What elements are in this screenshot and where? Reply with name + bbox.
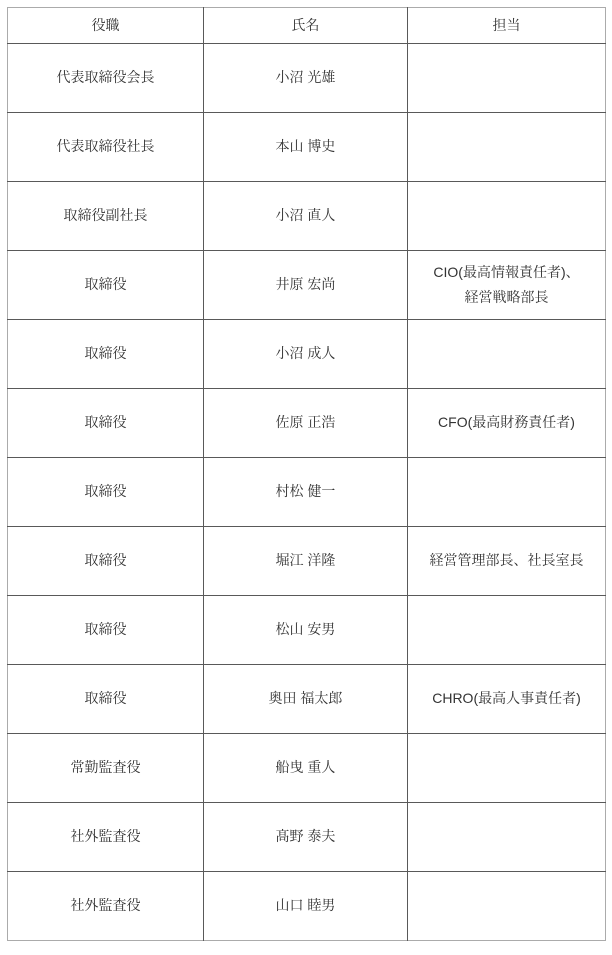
cell-name: 山口 睦男 [204,872,408,941]
table-body: 代表取締役会長小沼 光雄代表取締役社長本山 博史取締役副社長小沼 直人取締役井原… [8,44,606,941]
cell-position: 社外監査役 [8,872,204,941]
cell-name: 小沼 成人 [204,320,408,389]
table-row: 取締役奥田 福太郎CHRO(最高人事責任者) [8,665,606,734]
table-row: 社外監査役髙野 泰夫 [8,803,606,872]
cell-position: 社外監査役 [8,803,204,872]
cell-assignment: CIO(最高情報責任者)、 経営戦略部長 [408,251,606,320]
cell-name: 奥田 福太郎 [204,665,408,734]
cell-position: 常勤監査役 [8,734,204,803]
cell-position: 代表取締役社長 [8,113,204,182]
table-row: 取締役村松 健一 [8,458,606,527]
column-header-position: 役職 [8,8,204,44]
table-row: 取締役井原 宏尚CIO(最高情報責任者)、 経営戦略部長 [8,251,606,320]
table-row: 取締役松山 安男 [8,596,606,665]
cell-name: 本山 博史 [204,113,408,182]
table-row: 代表取締役社長本山 博史 [8,113,606,182]
cell-position: 取締役 [8,665,204,734]
cell-assignment: 経営管理部長、社長室長 [408,527,606,596]
cell-name: 堀江 洋隆 [204,527,408,596]
cell-assignment [408,44,606,113]
cell-assignment [408,320,606,389]
column-header-name: 氏名 [204,8,408,44]
column-header-assignment: 担当 [408,8,606,44]
table-row: 取締役小沼 成人 [8,320,606,389]
table-row: 取締役堀江 洋隆経営管理部長、社長室長 [8,527,606,596]
cell-name: 小沼 直人 [204,182,408,251]
cell-name: 髙野 泰夫 [204,803,408,872]
cell-name: 小沼 光雄 [204,44,408,113]
cell-name: 船曳 重人 [204,734,408,803]
cell-name: 村松 健一 [204,458,408,527]
officers-table: 役職氏名担当 代表取締役会長小沼 光雄代表取締役社長本山 博史取締役副社長小沼 … [7,7,606,941]
table-header-row: 役職氏名担当 [8,8,606,44]
cell-name: 松山 安男 [204,596,408,665]
cell-position: 取締役副社長 [8,182,204,251]
table-row: 常勤監査役船曳 重人 [8,734,606,803]
table-row: 代表取締役会長小沼 光雄 [8,44,606,113]
table-row: 取締役佐原 正浩CFO(最高財務責任者) [8,389,606,458]
table-row: 社外監査役山口 睦男 [8,872,606,941]
cell-position: 代表取締役会長 [8,44,204,113]
cell-assignment [408,596,606,665]
cell-name: 井原 宏尚 [204,251,408,320]
cell-position: 取締役 [8,389,204,458]
cell-position: 取締役 [8,527,204,596]
cell-name: 佐原 正浩 [204,389,408,458]
cell-assignment [408,182,606,251]
cell-assignment [408,113,606,182]
cell-assignment [408,872,606,941]
cell-position: 取締役 [8,596,204,665]
cell-position: 取締役 [8,251,204,320]
cell-assignment [408,803,606,872]
cell-position: 取締役 [8,320,204,389]
cell-position: 取締役 [8,458,204,527]
table-row: 取締役副社長小沼 直人 [8,182,606,251]
cell-assignment: CHRO(最高人事責任者) [408,665,606,734]
cell-assignment [408,734,606,803]
cell-assignment: CFO(最高財務責任者) [408,389,606,458]
cell-assignment [408,458,606,527]
officers-table-container: 役職氏名担当 代表取締役会長小沼 光雄代表取締役社長本山 博史取締役副社長小沼 … [7,7,605,941]
